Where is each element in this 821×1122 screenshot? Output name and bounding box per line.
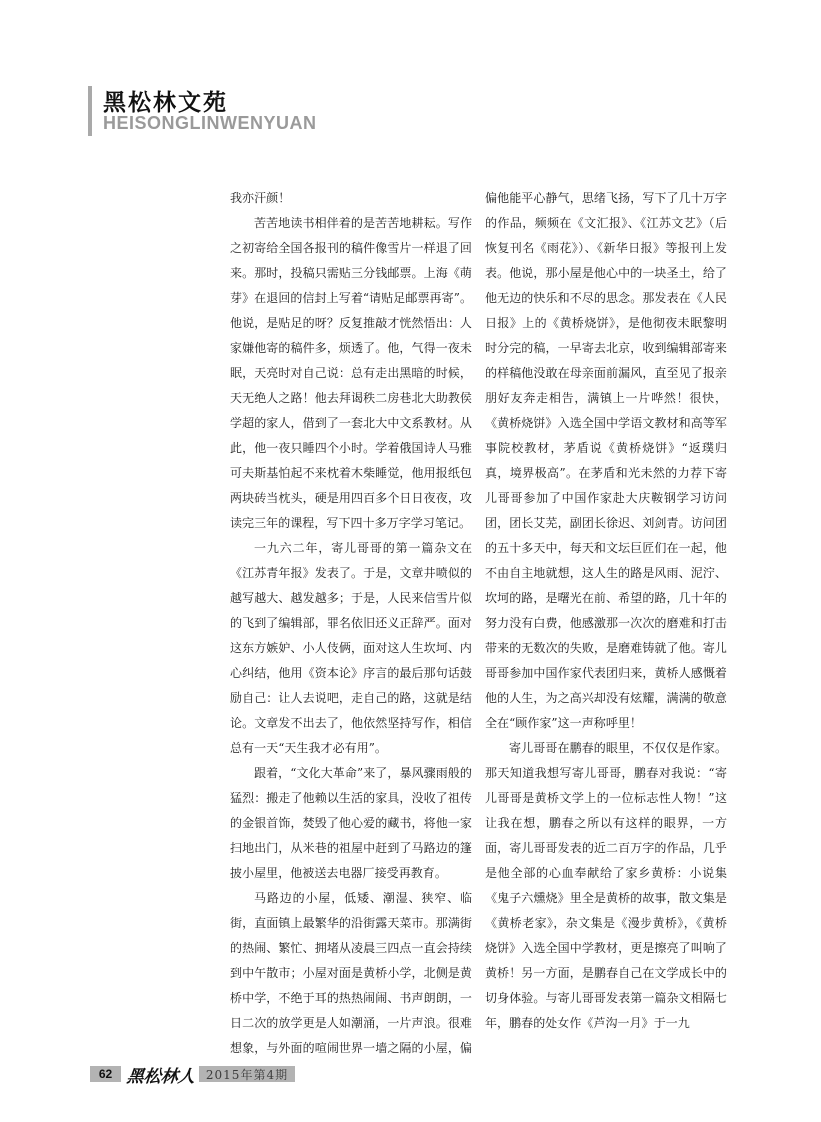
paragraph: 我亦汗颜！ [230, 186, 472, 211]
issue-badge: 2015年第4期 [199, 1066, 295, 1082]
magazine-page: 黑松林文苑 HEISONGLINWENYUAN 我亦汗颜！苦苦地读书相伴着的是苦… [0, 0, 821, 1122]
page-footer: 62 黑松林人 2015年第4期 [90, 1066, 295, 1082]
header-accent-bar [88, 86, 92, 136]
article-columns: 我亦汗颜！苦苦地读书相伴着的是苦苦地耕耘。写作之初寄给全国各报刊的稿件像雪片一样… [230, 186, 727, 1066]
page-number-badge: 62 [90, 1066, 121, 1082]
paragraph: 苦苦地读书相伴着的是苦苦地耕耘。写作之初寄给全国各报刊的稿件像雪片一样退了回来。… [230, 211, 472, 536]
paragraph: 一九六二年，寄儿哥哥的第一篇杂文在《江苏青年报》发表了。于是，文章井喷似的越写越… [230, 536, 472, 761]
section-title-pinyin: HEISONGLINWENYUAN [103, 113, 317, 134]
paragraph: 寄儿哥哥在鹏春的眼里，不仅仅是作家。那天知道我想写寄儿哥哥，鹏春对我说：“寄儿哥… [485, 736, 727, 1036]
paragraph: 跟着，“文化大革命”来了，暴风骤雨般的猛烈：搬走了他赖以生活的家具，没收了祖传的… [230, 761, 472, 886]
magazine-name-logo: 黑松林人 [126, 1062, 197, 1087]
